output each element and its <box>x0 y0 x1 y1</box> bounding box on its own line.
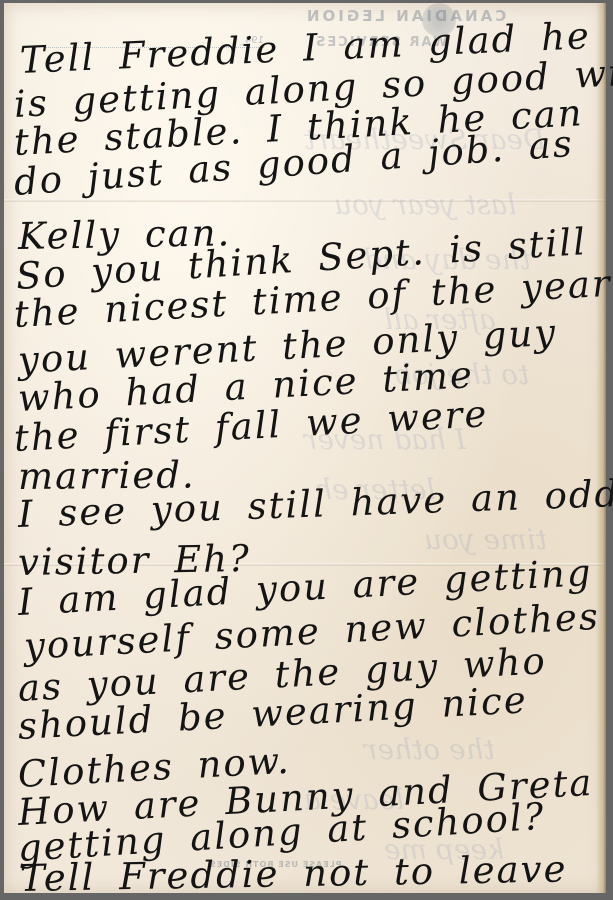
letter-page: CANADIAN LEGION WAR SERVICES 194_ PLEASE… <box>4 3 606 893</box>
handwritten-body: Tell Freddie I am glad he is getting alo… <box>4 3 606 893</box>
letter-line: Tell Freddie not to leave <box>20 849 568 899</box>
scan-frame: CANADIAN LEGION WAR SERVICES 194_ PLEASE… <box>0 0 613 900</box>
